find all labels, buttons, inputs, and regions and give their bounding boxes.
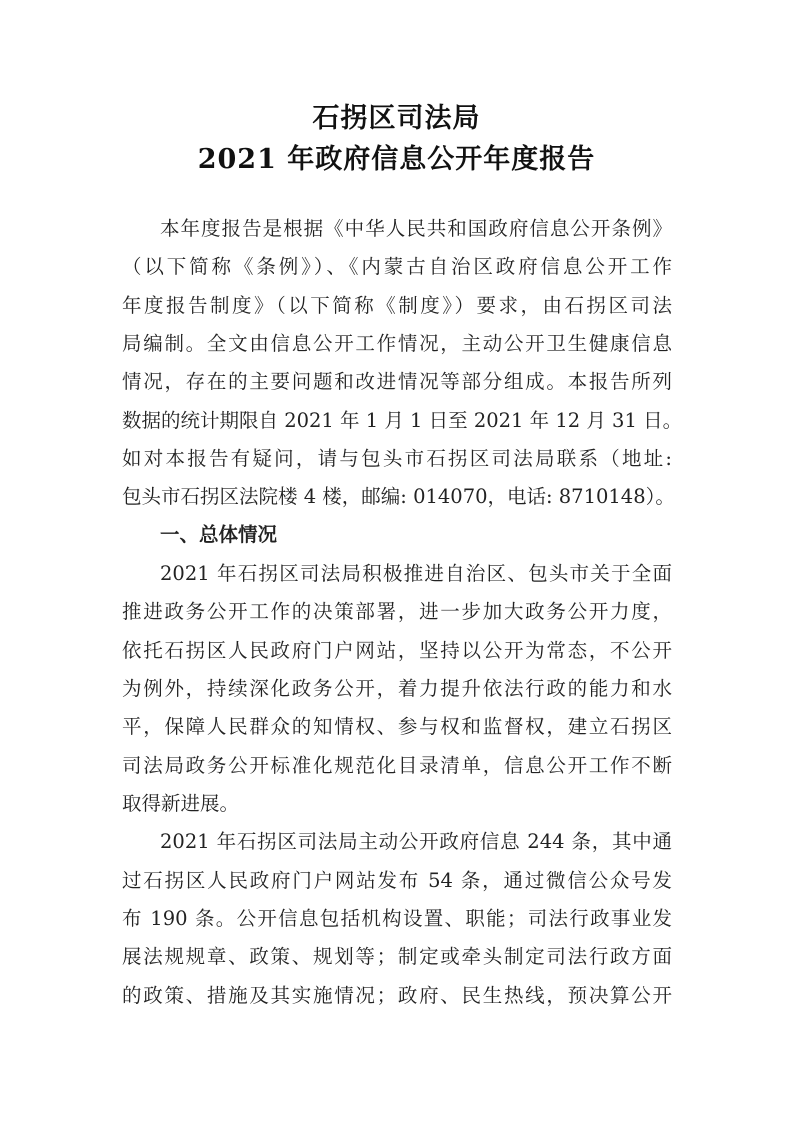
body-line: 2021 年石拐区司法局主动公开政府信息 244 条，其中通	[160, 828, 672, 856]
section-heading: 一、总体情况	[160, 521, 277, 549]
body-line: 取得新进展。	[122, 790, 672, 818]
body-line: 2021 年石拐区司法局积极推进自治区、包头市关于全面	[160, 560, 672, 588]
body-line: 布 190 条。公开信息包括机构设置、职能；司法行政事业发	[122, 905, 672, 933]
document-page: 石拐区司法局 2021 年政府信息公开年度报告 本年度报告是根据《中华人民共和国…	[0, 0, 793, 1122]
intro-line: 如对本报告有疑问，请与包头市石拐区司法局联系（地址:	[122, 445, 672, 473]
intro-line: 本年度报告是根据《中华人民共和国政府信息公开条例》	[160, 215, 672, 243]
body-line: 展法规规章、政策、规划等；制定或牵头制定司法行政方面	[122, 943, 672, 971]
intro-line: 局编制。全文由信息公开工作情况，主动公开卫生健康信息	[122, 330, 672, 358]
body-line: 推进政务公开工作的决策部署，进一步加大政务公开力度，	[122, 598, 672, 626]
intro-line: 年度报告制度》（以下简称《制度》）要求，由石拐区司法	[122, 292, 672, 320]
body-line: 为例外，持续深化政务公开，着力提升依法行政的能力和水	[122, 675, 672, 703]
intro-line: 情况，存在的主要问题和改进情况等部分组成。本报告所列	[122, 368, 672, 396]
title-line-1: 石拐区司法局	[0, 96, 793, 135]
body-line: 过石拐区人民政府门户网站发布 54 条，通过微信公众号发	[122, 867, 672, 895]
body-line: 的政策、措施及其实施情况；政府、民生热线，预决算公开	[122, 982, 672, 1010]
body-line: 依托石拐区人民政府门户网站，坚持以公开为常态，不公开	[122, 637, 672, 665]
title-line-2: 2021 年政府信息公开年度报告	[0, 137, 793, 176]
intro-line: （以下简称《条例》）、《内蒙古自治区政府信息公开工作	[122, 253, 672, 281]
body-line: 平，保障人民群众的知情权、参与权和监督权，建立石拐区	[122, 713, 672, 741]
body-line: 司法局政务公开标准化规范化目录清单，信息公开工作不断	[122, 752, 672, 780]
intro-line: 数据的统计期限自 2021 年 1 月 1 日至 2021 年 12 月 31 …	[122, 407, 672, 435]
intro-line: 包头市石拐区法院楼 4 楼，邮编: 014070，电话: 8710148）。	[122, 483, 672, 511]
